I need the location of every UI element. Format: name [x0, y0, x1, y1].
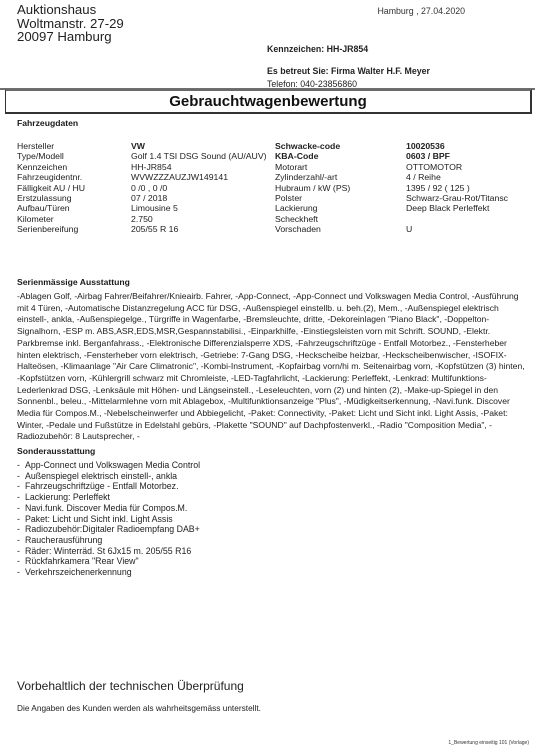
list-item: -Rückfahrkamera "Rear View" — [17, 556, 200, 567]
list-item-text: Radiozubehör:Digitaler Radioempfang DAB+ — [25, 524, 200, 534]
vehicle-data-row: MotorartOTTOMOTOR — [275, 162, 535, 172]
field-label: Erstzulassung — [17, 193, 72, 203]
vehicle-data-row: Schwacke-code10020536 — [275, 141, 535, 151]
bullet-dash: - — [17, 535, 25, 546]
field-label: Aufbau/Türen — [17, 203, 70, 213]
field-value: 205/55 R 16 — [131, 224, 178, 234]
customer-note: Die Angaben des Kunden werden als wahrhe… — [17, 703, 261, 713]
field-value: WVWZZZAUZJW149141 — [131, 172, 228, 182]
vehicle-data-row: Kilometer2.750 — [17, 214, 267, 224]
list-item: -App-Connect und Volkswagen Media Contro… — [17, 460, 200, 471]
standard-equipment-text: -Ablagen Golf, -Airbag Fahrer/Beifahrer/… — [17, 291, 527, 443]
field-label: Hersteller — [17, 141, 54, 151]
bullet-dash: - — [17, 471, 25, 482]
section-heading-standard-equipment: Serienmässige Ausstattung — [17, 277, 130, 287]
list-item: -Navi.funk. Discover Media für Compos.M. — [17, 503, 200, 514]
vehicle-data-row: Fälligkeit AU / HU0 /0 , 0 /0 — [17, 183, 267, 193]
field-value: 10020536 — [406, 141, 445, 151]
list-item: -Verkehrszeichenerkennung — [17, 567, 200, 578]
field-label: Fahrzeugidentnr. — [17, 172, 82, 182]
section-heading-optional-equipment: Sonderausstattung — [17, 446, 95, 456]
field-label: Zylinderzahl/-art — [275, 172, 337, 182]
vehicle-data-row: KennzeichenHH-JR854 — [17, 162, 267, 172]
list-item-text: Raucherausführung — [25, 535, 102, 545]
field-value: 2.750 — [131, 214, 153, 224]
vehicle-data-row: VorschadenU — [275, 224, 535, 234]
list-item-text: Lackierung: Perleffekt — [25, 492, 110, 502]
list-item: -Räder: Winterräd. St 6Jx15 m. 205/55 R1… — [17, 546, 200, 557]
list-item: -Fahrzeugschriftzüge - Entfall Motorbez. — [17, 481, 200, 492]
bullet-dash: - — [17, 546, 25, 557]
vehicle-data-row: Scheckheft — [275, 214, 535, 224]
license-plate-line: Kennzeichen: HH-JR854 — [267, 44, 368, 54]
field-value: Limousine 5 — [131, 203, 178, 213]
field-value: HH-JR854 — [131, 162, 172, 172]
vehicle-data-row: Aufbau/TürenLimousine 5 — [17, 203, 267, 213]
bullet-dash: - — [17, 481, 25, 492]
vehicle-data-right: Schwacke-code10020536KBA-Code0603 / BPFM… — [275, 141, 535, 235]
field-value: 07 / 2018 — [131, 193, 167, 203]
field-value: OTTOMOTOR — [406, 162, 462, 172]
vehicle-data-left: HerstellerVWType/ModellGolf 1.4 TSI DSG … — [17, 141, 267, 235]
field-label: KBA-Code — [275, 151, 318, 161]
field-label: Scheckheft — [275, 214, 318, 224]
bullet-dash: - — [17, 460, 25, 471]
list-item: -Radiozubehör:Digitaler Radioempfang DAB… — [17, 524, 200, 535]
vehicle-data-row: Zylinderzahl/-art4 / Reihe — [275, 172, 535, 182]
field-label: Hubraum / kW (PS) — [275, 183, 350, 193]
optional-equipment-list: -App-Connect und Volkswagen Media Contro… — [17, 460, 200, 578]
sender-line: Auktionshaus — [17, 3, 124, 17]
list-item-text: Räder: Winterräd. St 6Jx15 m. 205/55 R16 — [25, 546, 191, 556]
field-label: Fälligkeit AU / HU — [17, 183, 85, 193]
field-label: Kilometer — [17, 214, 54, 224]
field-label: Type/Modell — [17, 151, 64, 161]
vehicle-data-row: Erstzulassung07 / 2018 — [17, 193, 267, 203]
sender-line: 20097 Hamburg — [17, 30, 124, 44]
ellipsis: ................ — [17, 432, 61, 441]
field-value: VW — [131, 141, 145, 151]
document-title: Gebrauchtwagenbewertung — [5, 89, 532, 114]
list-item-text: Verkehrszeichenerkennung — [25, 567, 132, 577]
field-label: Motorart — [275, 162, 307, 172]
field-label: Vorschaden — [275, 224, 321, 234]
bullet-dash: - — [17, 556, 25, 567]
field-value: 0 /0 , 0 /0 — [131, 183, 167, 193]
reservation-note: Vorbehaltlich der technischen Überprüfun… — [17, 679, 244, 693]
vehicle-data-row: Type/ModellGolf 1.4 TSI DSG Sound (AU/AU… — [17, 151, 267, 161]
list-item: -Paket: Licht und Sicht inkl. Light Assi… — [17, 514, 200, 525]
field-label: Polster — [275, 193, 302, 203]
vehicle-data-row: Fahrzeugidentnr.WVWZZZAUZJW149141 — [17, 172, 267, 182]
vehicle-data-row: Serienbereifung205/55 R 16 — [17, 224, 267, 234]
list-item: -Außenspiegel elektrisch einstell-, ankl… — [17, 471, 200, 482]
field-value: Deep Black Perleffekt — [406, 203, 489, 213]
list-item: -Raucherausführung — [17, 535, 200, 546]
vehicle-data-row: KBA-Code0603 / BPF — [275, 151, 535, 161]
field-value: 0603 / BPF — [406, 151, 450, 161]
vehicle-data-row: HerstellerVW — [17, 141, 267, 151]
vehicle-data-row: PolsterSchwarz-Grau-Rot/Titansc — [275, 193, 535, 203]
field-value: 1395 / 92 ( 125 ) — [406, 183, 470, 193]
section-heading-vehicle-data: Fahrzeugdaten — [17, 118, 78, 128]
template-footer: 1_Bewertung einseitig 101 (Vorlage) — [448, 740, 529, 746]
vehicle-data-row: LackierungDeep Black Perleffekt — [275, 203, 535, 213]
sender-line: Woltmanstr. 27-29 — [17, 17, 124, 31]
field-value: 4 / Reihe — [406, 172, 441, 182]
field-value: Schwarz-Grau-Rot/Titansc — [406, 193, 508, 203]
caretaker: Es betreut Sie: Firma Walter H.F. Meyer — [267, 65, 430, 78]
vehicle-data-row: Hubraum / kW (PS)1395 / 92 ( 125 ) — [275, 183, 535, 193]
sender-address: Auktionshaus Woltmanstr. 27-29 20097 Ham… — [17, 3, 124, 44]
list-item-text: App-Connect und Volkswagen Media Control — [25, 460, 200, 470]
field-label: Lackierung — [275, 203, 318, 213]
bullet-dash: - — [17, 514, 25, 525]
list-item-text: Navi.funk. Discover Media für Compos.M. — [25, 503, 187, 513]
list-item-text: Paket: Licht und Sicht inkl. Light Assis — [25, 514, 173, 524]
field-label: Serienbereifung — [17, 224, 78, 234]
field-label: Schwacke-code — [275, 141, 340, 151]
bullet-dash: - — [17, 524, 25, 535]
field-value: Golf 1.4 TSI DSG Sound (AU/AUV) — [131, 151, 267, 161]
bullet-dash: - — [17, 492, 25, 503]
list-item-text: Fahrzeugschriftzüge - Entfall Motorbez. — [25, 481, 179, 491]
field-label: Kennzeichen — [17, 162, 67, 172]
bullet-dash: - — [17, 503, 25, 514]
field-value: U — [406, 224, 412, 234]
list-item-text: Rückfahrkamera "Rear View" — [25, 556, 139, 566]
list-item-text: Außenspiegel elektrisch einstell-, ankla — [25, 471, 177, 481]
list-item: -Lackierung: Perleffekt — [17, 492, 200, 503]
bullet-dash: - — [17, 567, 25, 578]
date-line: Hamburg , 27.04.2020 — [377, 6, 465, 16]
